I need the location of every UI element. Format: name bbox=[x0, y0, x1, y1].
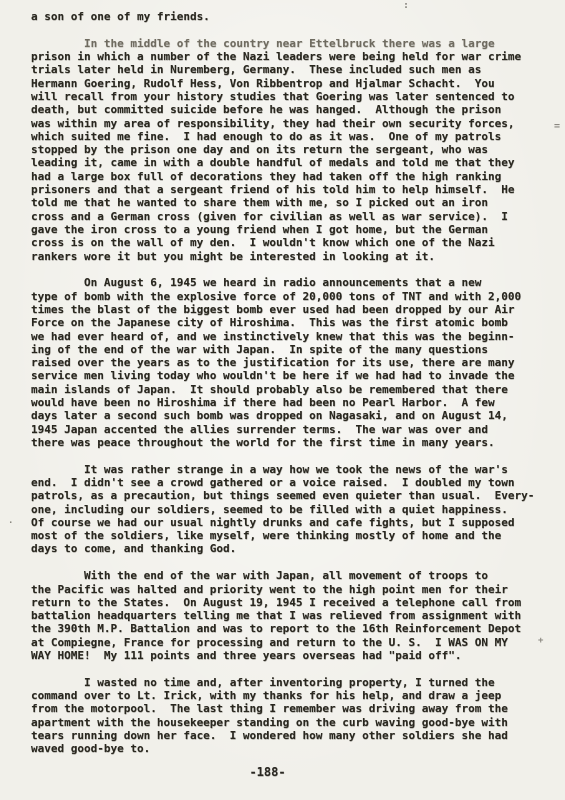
document-body: a son of one of my friends.In the middle… bbox=[31, 10, 541, 756]
text-line: On August 6, 1945 we heard in radio anno… bbox=[84, 276, 541, 289]
text-line: Force on the Japanese city of Hiroshima.… bbox=[31, 316, 541, 329]
text-line: most of the soldiers, like myself, were … bbox=[31, 529, 541, 542]
text-line: Of course we had our usual nightly drunk… bbox=[31, 516, 541, 529]
text-line: will recall from your history studies th… bbox=[31, 90, 541, 103]
text-line: raised over the years as to the justific… bbox=[31, 356, 541, 369]
text-line: service men living today who wouldn't be… bbox=[31, 369, 541, 382]
text-line: cross is on the wall of my den. I wouldn… bbox=[31, 236, 541, 249]
text-line: ing of the end of the war with Japan. In… bbox=[31, 343, 541, 356]
text-line: would have been no Hiroshima if there ha… bbox=[31, 396, 541, 409]
text-line: told me that he wanted to share them wit… bbox=[31, 196, 541, 209]
text-line: I wasted no time and, after inventoring … bbox=[84, 676, 541, 689]
text-line: from the motorpool. The last thing I rem… bbox=[31, 702, 541, 715]
scan-artifact-colon: : bbox=[403, 0, 409, 11]
text-line: a son of one of my friends. bbox=[31, 10, 541, 23]
page-number: -188- bbox=[0, 765, 535, 779]
paragraph: With the end of the war with Japan, all … bbox=[31, 569, 541, 662]
scan-artifact-dot: . bbox=[8, 516, 13, 526]
text-line: times the blast of the biggest bomb ever… bbox=[31, 303, 541, 316]
text-line: death, but committed suicide before he w… bbox=[31, 103, 541, 116]
text-line: In the middle of the country near Ettelb… bbox=[84, 37, 541, 50]
text-line: stopped by the prison one day and on its… bbox=[31, 143, 541, 156]
text-line: command over to Lt. Irick, with my thank… bbox=[31, 689, 541, 702]
scan-artifact-plus: + bbox=[538, 636, 543, 646]
text-line: we had ever heard of, and we instinctive… bbox=[31, 330, 541, 343]
text-line: end. I didn't see a crowd gathered or a … bbox=[31, 476, 541, 489]
text-line: there was peace throughout the world for… bbox=[31, 436, 541, 449]
text-line: rankers wore it but you might be interes… bbox=[31, 250, 541, 263]
text-line: 1945 Japan accented the allies surrender… bbox=[31, 423, 541, 436]
text-line: prison in which a number of the Nazi lea… bbox=[31, 50, 541, 63]
scanned-document-page: a son of one of my friends.In the middle… bbox=[0, 0, 565, 800]
text-line: trials later held in Nuremberg, Germany.… bbox=[31, 63, 541, 76]
paragraph: It was rather strange in a way how we to… bbox=[31, 463, 541, 556]
text-line: the 390th M.P. Battalion and was to repo… bbox=[31, 622, 541, 635]
text-line: return to the States. On August 19, 1945… bbox=[31, 596, 541, 609]
paragraph: On August 6, 1945 we heard in radio anno… bbox=[31, 276, 541, 449]
text-line: one, including our soldiers, seemed to b… bbox=[31, 503, 541, 516]
paragraph: In the middle of the country near Ettelb… bbox=[31, 37, 541, 263]
text-line: type of bomb with the explosive force of… bbox=[31, 290, 541, 303]
text-line: apartment with the housekeeper standing … bbox=[31, 716, 541, 729]
text-line: at Compiegne, France for processing and … bbox=[31, 636, 541, 649]
text-line: leading it, came in with a double handfu… bbox=[31, 156, 541, 169]
text-line: It was rather strange in a way how we to… bbox=[84, 463, 541, 476]
paragraph: I wasted no time and, after inventoring … bbox=[31, 676, 541, 756]
text-line: the Pacific was halted and priority went… bbox=[31, 583, 541, 596]
text-line: had a large box full of decorations they… bbox=[31, 170, 541, 183]
text-line: days later a second such bomb was droppe… bbox=[31, 409, 541, 422]
text-line: prisoners and that a sergeant friend of … bbox=[31, 183, 541, 196]
text-line: patrols, as a precaution, but things see… bbox=[31, 489, 541, 502]
text-line: battalion headquarters telling me that I… bbox=[31, 609, 541, 622]
text-line: cross and a German cross (given for civi… bbox=[31, 210, 541, 223]
text-line: waved good-bye to. bbox=[31, 742, 541, 755]
text-line: was within my area of responsibility, th… bbox=[31, 117, 541, 130]
text-line: WAY HOME! My 111 points and three years … bbox=[31, 649, 541, 662]
text-line: which suited me fine. I had enough to do… bbox=[31, 130, 541, 143]
paragraph: a son of one of my friends. bbox=[31, 10, 541, 23]
text-line: days to come, and thanking God. bbox=[31, 542, 541, 555]
text-line: With the end of the war with Japan, all … bbox=[84, 569, 541, 582]
text-line: tears running down her face. I wondered … bbox=[31, 729, 541, 742]
scan-artifact-dash: = bbox=[554, 121, 560, 132]
text-line: main islands of Japan. It should probabl… bbox=[31, 383, 541, 396]
text-line: Hermann Goering, Rudolf Hess, Von Ribben… bbox=[31, 77, 541, 90]
text-line: gave the iron cross to a young friend wh… bbox=[31, 223, 541, 236]
